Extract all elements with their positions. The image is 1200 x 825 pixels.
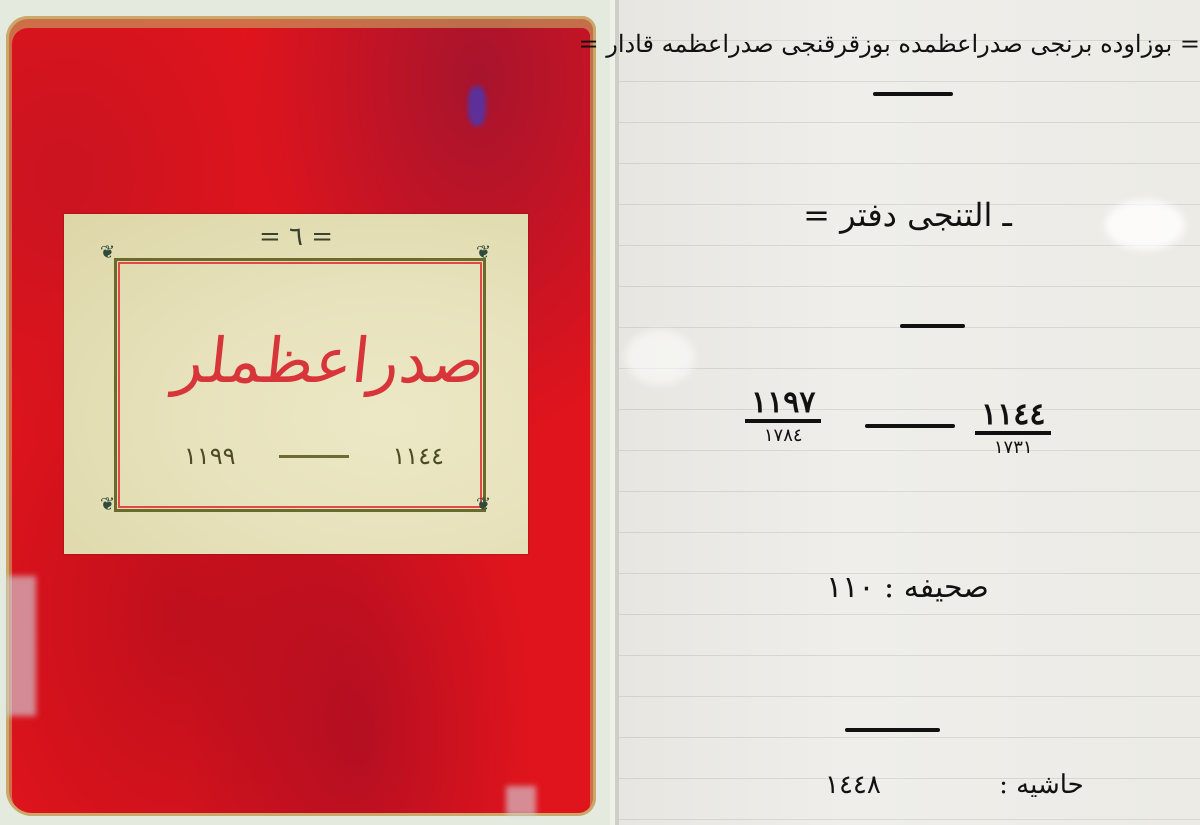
divider bbox=[873, 92, 953, 96]
date-start-gregorian: ١٧٣١ bbox=[975, 435, 1051, 460]
corner-ornament-icon: ❦ bbox=[476, 496, 491, 514]
date-end: ١١٩٧ ١٧٨٤ bbox=[745, 386, 821, 448]
volume-number: = ٦ = bbox=[64, 222, 528, 252]
separator: : bbox=[884, 570, 894, 605]
page-count-value: ١١٠ bbox=[826, 570, 874, 605]
page-heading: = بوزاوده برنجی صدراعظمده بوزقرقنجی صدرا… bbox=[615, 30, 1200, 58]
ink-stain bbox=[468, 86, 486, 126]
cover-date-end: ١١٩٩ bbox=[184, 442, 236, 470]
cover-wear bbox=[6, 576, 36, 716]
date-end-hijri: ١١٩٧ bbox=[745, 386, 821, 423]
notebook-title: ـ التنجی دفتر = bbox=[615, 196, 1200, 234]
red-cloth-cover: = ٦ = ❦ ❦ ❦ ❦ صدراعظملر ١١٩٩ ١١٤٤ bbox=[6, 16, 596, 816]
page-count: صحیفه : ١١٠ bbox=[615, 570, 1200, 605]
date-start-hijri: ١١٤٤ bbox=[975, 398, 1051, 435]
corner-ornament-icon: ❦ bbox=[476, 244, 491, 262]
paper-stain bbox=[625, 330, 695, 385]
cover-photo: = ٦ = ❦ ❦ ❦ ❦ صدراعظملر ١١٩٩ ١١٤٤ bbox=[0, 0, 610, 825]
divider bbox=[900, 324, 965, 328]
notes-value: ١٤٤٨ bbox=[825, 770, 881, 800]
page-count-label: صحیفه bbox=[904, 570, 989, 605]
corner-ornament-icon: ❦ bbox=[100, 244, 115, 262]
notes-count: حاشیه : ١٤٤٨ bbox=[825, 770, 1084, 800]
date-dash bbox=[865, 424, 955, 428]
title-page: = بوزاوده برنجی صدراعظمده بوزقرقنجی صدرا… bbox=[615, 0, 1200, 825]
cover-date-start: ١١٤٤ bbox=[392, 442, 444, 470]
cover-wear bbox=[506, 786, 536, 816]
cover-date-range: ١١٩٩ ١١٤٤ bbox=[184, 442, 444, 470]
cover-title: صدراعظملر bbox=[170, 324, 448, 397]
date-dash bbox=[279, 455, 349, 458]
notes-label: حاشیه bbox=[1016, 770, 1084, 800]
separator: : bbox=[999, 770, 1008, 800]
cover-label: = ٦ = ❦ ❦ ❦ ❦ صدراعظملر ١١٩٩ ١١٤٤ bbox=[64, 214, 528, 554]
date-end-gregorian: ١٧٨٤ bbox=[745, 423, 821, 448]
corner-ornament-icon: ❦ bbox=[100, 496, 115, 514]
date-start: ١١٤٤ ١٧٣١ bbox=[975, 398, 1051, 460]
divider bbox=[845, 728, 940, 732]
